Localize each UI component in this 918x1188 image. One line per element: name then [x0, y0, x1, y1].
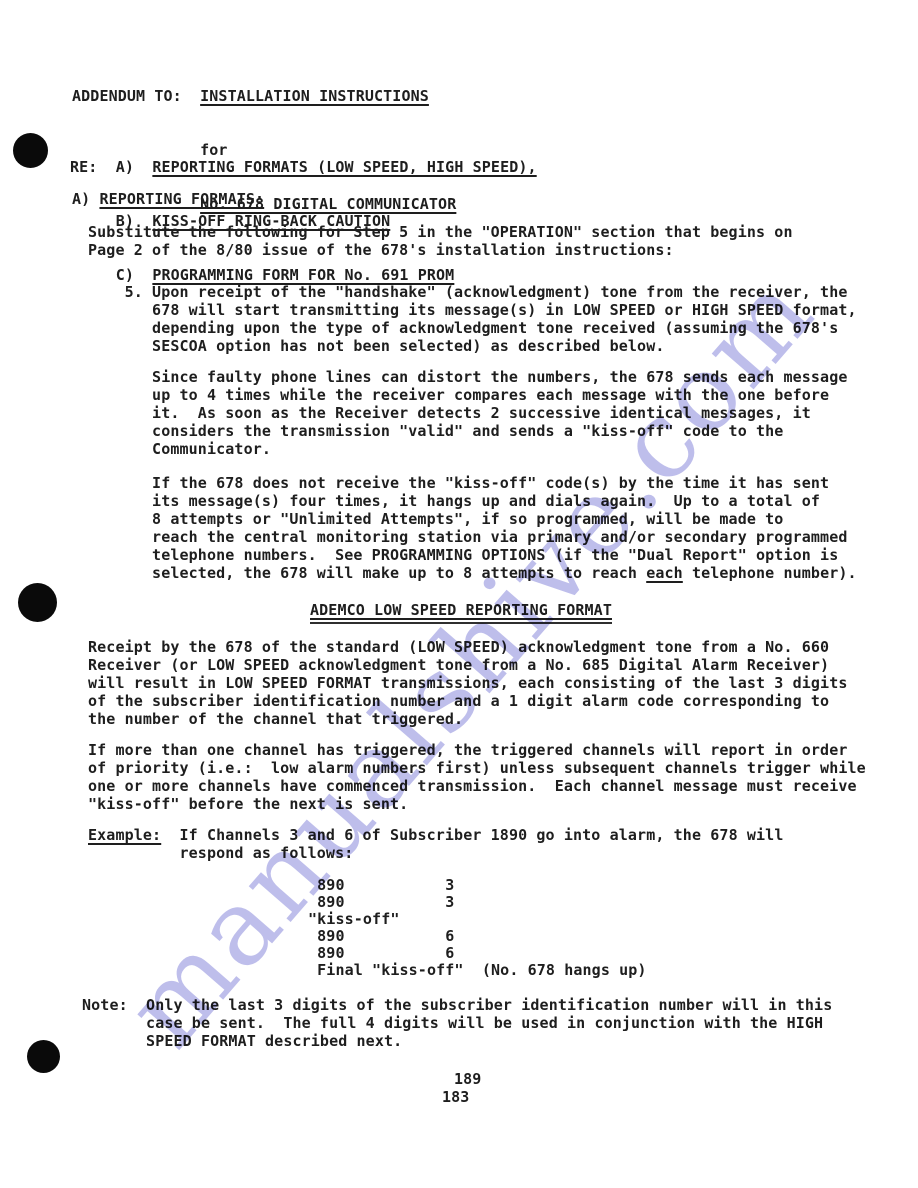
kissoff-underlined-each: each — [646, 564, 683, 582]
addendum-label: ADDENDUM TO: — [72, 87, 200, 105]
ademco-heading-underline: ADEMCO LOW SPEED REPORTING FORMAT — [310, 601, 612, 624]
example-label: Example: — [88, 826, 161, 844]
re-item-a: RE: A) REPORTING FORMATS (LOW SPEED, HIG… — [70, 158, 537, 176]
section-a-title: REPORTING FORMATS: — [99, 190, 264, 208]
example-paragraph: Example: If Channels 3 and 6 of Subscrib… — [88, 826, 783, 862]
addendum-header-line1: ADDENDUM TO: INSTALLATION INSTRUCTIONS — [72, 87, 456, 105]
step5-paragraph: 5. Upon receipt of the "handshake" (ackn… — [88, 283, 857, 355]
kissoff-paragraph: If the 678 does not receive the "kiss-of… — [88, 474, 857, 582]
hole-punch-dot-middle — [18, 583, 57, 622]
report-code-listing: 890 3 890 3 "kiss-off" 890 6 890 6 Final… — [308, 877, 647, 979]
section-a-prefix: A) — [72, 190, 99, 208]
hole-punch-dot-bottom — [27, 1040, 60, 1073]
hole-punch-dot-top — [13, 133, 48, 168]
section-a-heading: A) REPORTING FORMATS: — [72, 190, 264, 208]
ademco-heading-title: ADEMCO LOW SPEED REPORTING FORMAT — [310, 601, 612, 619]
intro-paragraph: Substitute the following for Step 5 in t… — [88, 223, 793, 259]
re-item-c-label: C) — [70, 266, 152, 284]
since-faulty-paragraph: Since faulty phone lines can distort the… — [88, 368, 848, 458]
scanned-document-page: { "document": { "watermark": { "text": "… — [0, 0, 918, 1188]
installation-instructions-title: INSTALLATION INSTRUCTIONS — [200, 87, 429, 105]
re-subject-list: RE: A) REPORTING FORMATS (LOW SPEED, HIG… — [70, 122, 537, 302]
re-item-c: C) PROGRAMMING FORM FOR No. 691 PROM — [70, 266, 537, 284]
example-text: If Channels 3 and 6 of Subscriber 1890 g… — [88, 826, 783, 862]
re-item-c-title: PROGRAMMING FORM FOR No. 691 PROM — [152, 266, 454, 284]
re-item-a-label: RE: A) — [70, 158, 152, 176]
re-item-a-title: REPORTING FORMATS (LOW SPEED, HIGH SPEED… — [152, 158, 536, 176]
note-paragraph: Note: Only the last 3 digits of the subs… — [82, 996, 832, 1050]
page-number-bottom: 183 — [442, 1088, 469, 1106]
page-number-top: 189 — [454, 1070, 481, 1088]
priority-paragraph: If more than one channel has triggered, … — [88, 741, 866, 813]
receipt-paragraph: Receipt by the 678 of the standard (LOW … — [88, 638, 848, 728]
kissoff-paragraph-tail: telephone number). — [683, 564, 857, 582]
ademco-heading: ADEMCO LOW SPEED REPORTING FORMAT — [310, 601, 612, 624]
